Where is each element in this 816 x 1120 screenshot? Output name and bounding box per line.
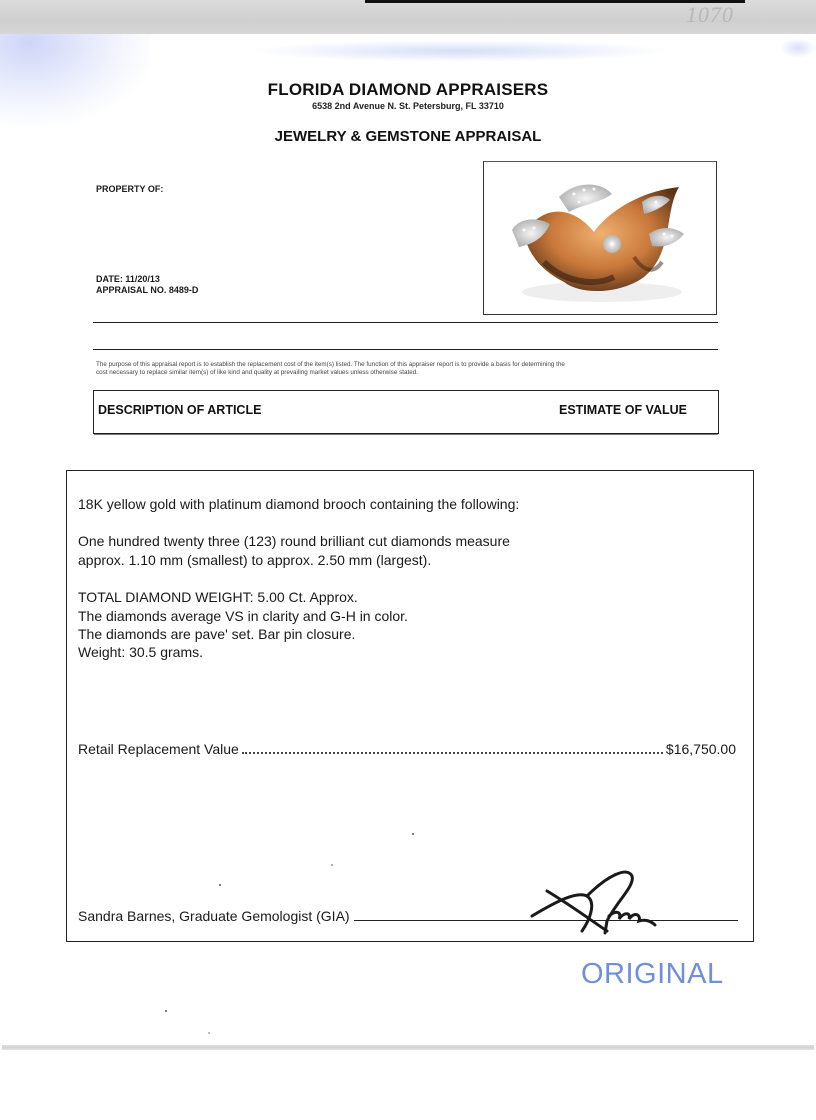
scan-top-edge: 1070 [0,0,816,34]
date-label: DATE: [96,274,123,284]
document-title: JEWELRY & GEMSTONE APPRAISAL [0,128,816,145]
diamonds-line-2: approx. 1.10 mm (smallest) to approx. 2.… [78,552,431,569]
appraisal-number-field: APPRAISAL NO. 8489-D [96,285,198,295]
article-description-box: 18K yellow gold with platinum diamond br… [66,470,754,942]
company-name: FLORIDA DIAMOND APPRAISERS [0,80,816,100]
setting-closure: The diamonds are pave' set. Bar pin clos… [78,626,355,643]
retail-replacement-value-row: Retail Replacement Value $16,750.00 [78,741,736,757]
brooch-image-icon [484,162,716,314]
table-header: DESCRIPTION OF ARTICLE ESTIMATE OF VALUE [93,390,719,434]
scan-speck [165,1010,167,1012]
property-of-label: PROPERTY OF: [96,184,163,194]
value-label: Retail Replacement Value [78,741,239,757]
original-stamp: ORIGINAL [581,958,724,991]
appraiser-name: Sandra Barnes, Graduate Gemologist (GIA) [78,908,350,924]
disclaimer-line-2: cost necessary to replace similar item(s… [96,369,716,377]
date-field: DATE: 11/20/13 [96,274,160,284]
appraisal-number-label: APPRAISAL NO. [96,285,166,295]
scan-speck [412,833,414,835]
description-column-header: DESCRIPTION OF ARTICLE [98,403,261,417]
scan-smudge [780,38,816,58]
clarity-color: The diamonds average VS in clarity and G… [78,608,408,625]
scan-speck [331,864,333,866]
company-address: 6538 2nd Avenue N. St. Petersburg, FL 33… [0,101,816,111]
appraisal-number-value: 8489-D [169,285,199,295]
date-value: 11/20/13 [125,274,160,284]
page-number: 1070 [686,2,734,28]
estimate-column-header: ESTIMATE OF VALUE [559,403,687,417]
article-intro: 18K yellow gold with platinum diamond br… [78,496,519,513]
scan-bottom-edge [2,1045,814,1050]
disclaimer: The purpose of this appraisal report is … [96,361,716,377]
scan-speck [219,884,221,886]
signature-scribble-icon [527,861,657,936]
scan-speck [208,1032,210,1034]
property-of-label-text: PROPERTY OF: [96,184,163,194]
item-weight: Weight: 30.5 grams. [78,644,203,661]
brooch-photo [483,161,717,315]
diamonds-line-1: One hundred twenty three (123) round bri… [78,533,510,550]
disclaimer-line-1: The purpose of this appraisal report is … [96,361,716,369]
value-amount: $16,750.00 [666,741,736,757]
total-diamond-weight: TOTAL DIAMOND WEIGHT: 5.00 Ct. Approx. [78,589,358,606]
dot-leader [242,751,663,754]
divider-line [93,322,718,323]
scan-smudge [250,40,670,62]
divider-line [93,349,718,350]
